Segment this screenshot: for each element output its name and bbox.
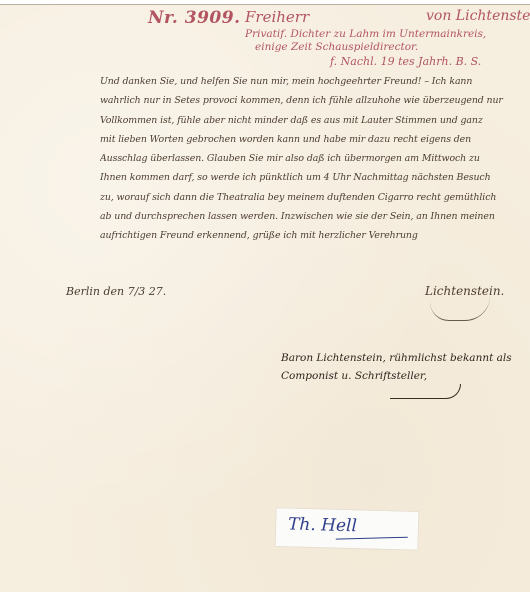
later-note-line-2: Componist u. Schriftsteller, bbox=[281, 370, 427, 382]
letter-line: wahrlich nur in Setes provoci kommen, de… bbox=[100, 91, 528, 110]
letter-line: aufrichtigen Freund erkennend, grüße ich… bbox=[100, 226, 528, 245]
archive-name: von Lichtenstein bbox=[426, 8, 530, 24]
letter-line: ab und durchsprechen lassen werden. Inzw… bbox=[100, 207, 528, 226]
scan-bottom-margin bbox=[0, 592, 530, 600]
archive-description-line-2: einige Zeit Schauspieldirector. bbox=[255, 41, 418, 53]
letter-line: mit lieben Worten gebrochen worden kann … bbox=[100, 130, 528, 149]
letter-line: Ausschlag überlassen. Glauben Sie mir al… bbox=[100, 149, 528, 168]
archive-reference: f. Nachl. 19 tes Jahrh. B. S. bbox=[330, 55, 481, 68]
note-flourish bbox=[390, 384, 461, 399]
archive-description-line-1: Privatif. Dichter zu Lahm im Untermainkr… bbox=[245, 28, 486, 40]
archive-title: Freiherr bbox=[245, 8, 309, 26]
later-note-line-1: Baron Lichtenstein, rühmlichst bekannt a… bbox=[281, 352, 512, 364]
letter-line: Und danken Sie, und helfen Sie nun mir, … bbox=[100, 72, 528, 91]
letter-body: Und danken Sie, und helfen Sie nun mir, … bbox=[100, 72, 528, 246]
archive-number: Nr. 3909. bbox=[148, 8, 241, 28]
autograph-signature: Th. Hell bbox=[288, 514, 357, 536]
letter-line: Vollkommen ist, fühle aber nicht minder … bbox=[100, 111, 528, 130]
pasted-autograph-slip: Th. Hell bbox=[276, 508, 419, 550]
letter-line: zu, worauf sich dann die Theatralia bey … bbox=[100, 188, 528, 207]
letter-line: Ihnen kommen darf, so werde ich pünktlic… bbox=[100, 168, 528, 187]
autograph-underline bbox=[336, 537, 408, 540]
date-line: Berlin den 7/3 27. bbox=[66, 285, 166, 298]
